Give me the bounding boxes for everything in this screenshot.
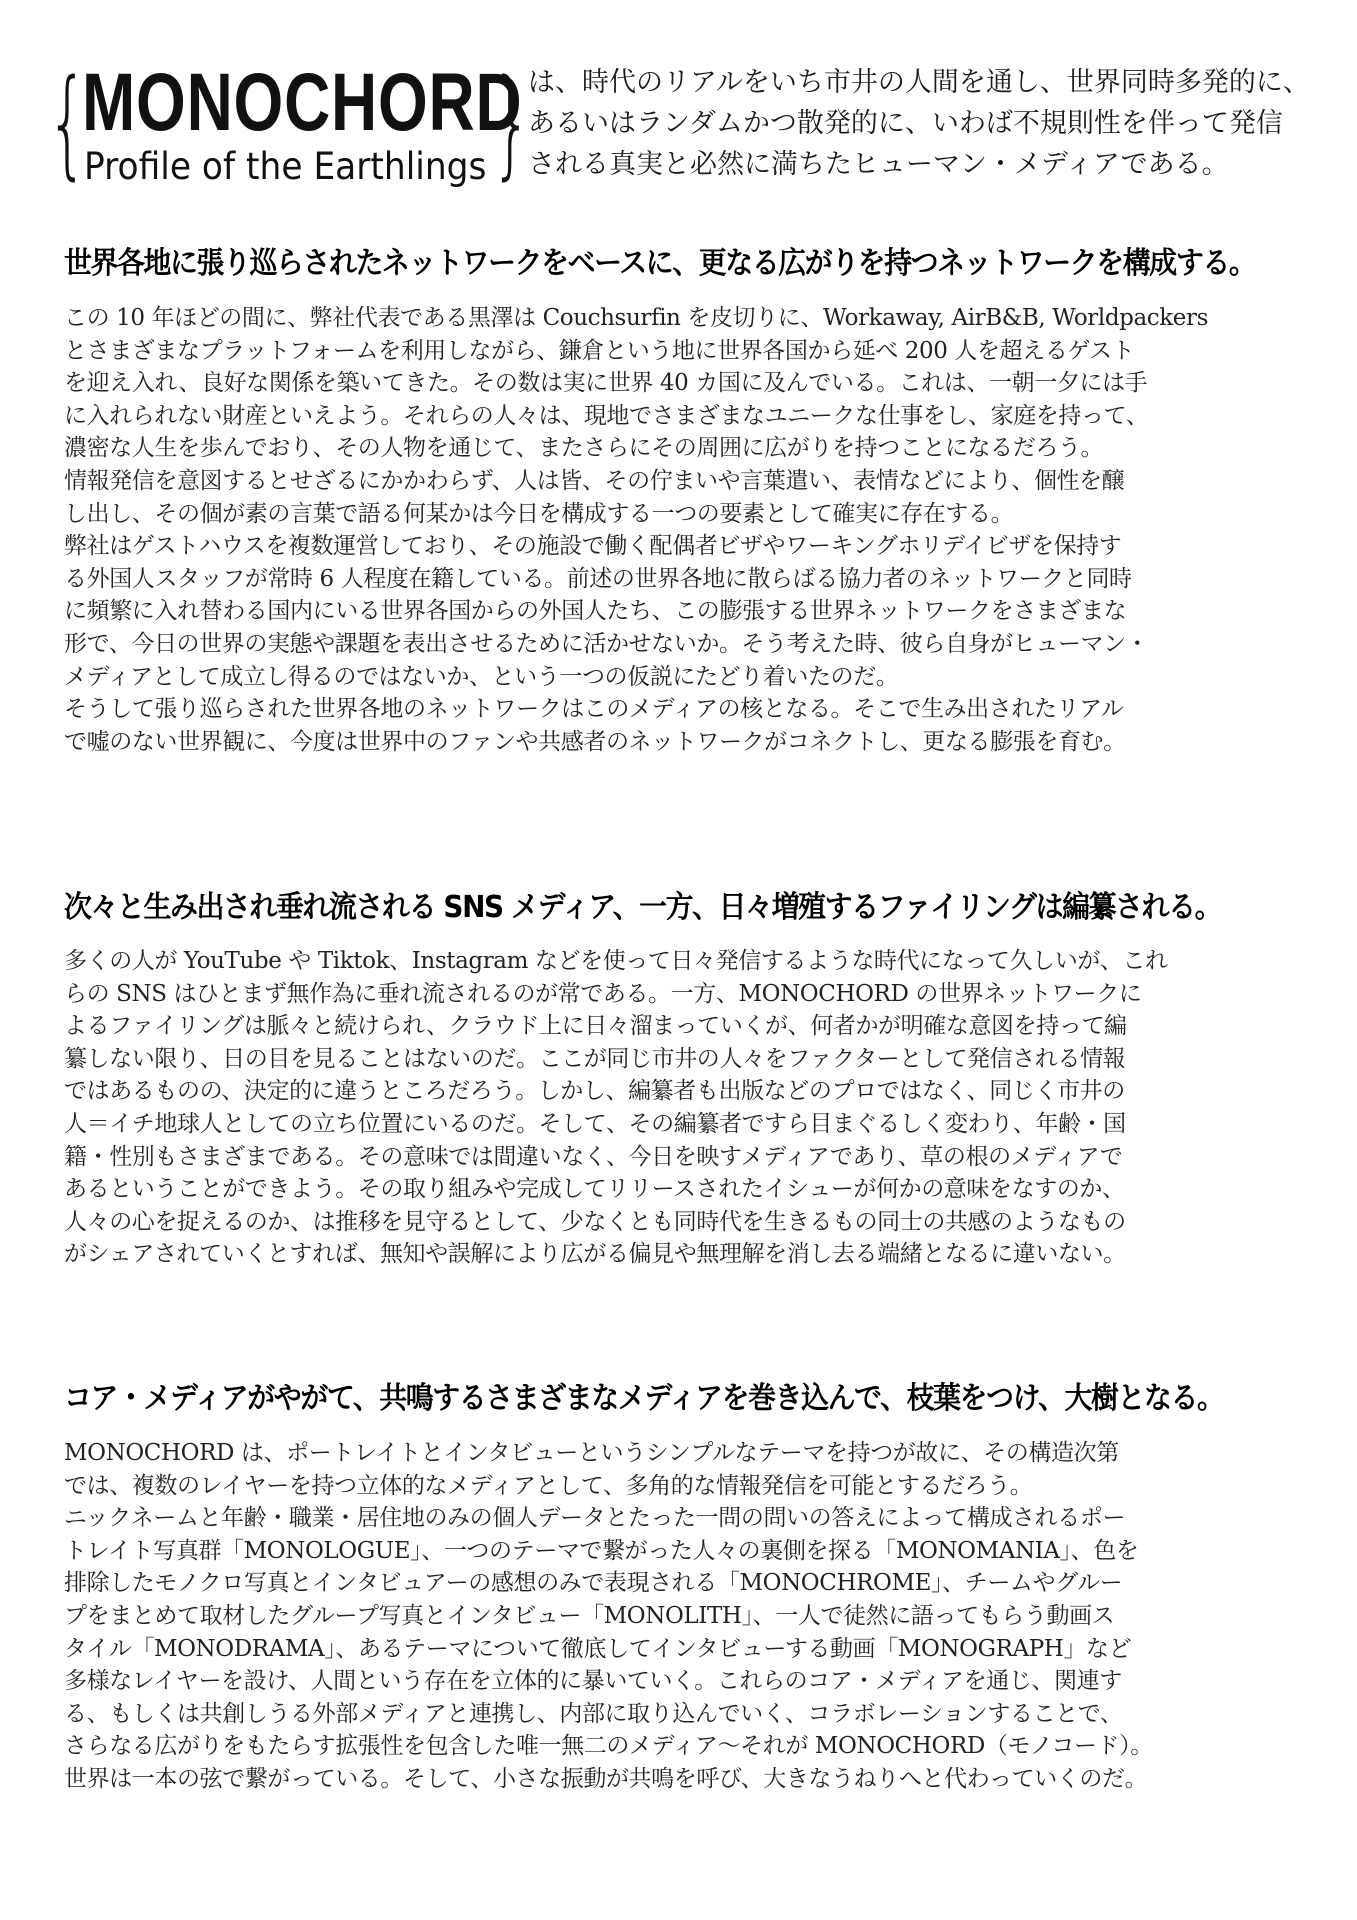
body-line: 多様なレイヤーを設け、人間という存在を立体的に暴いていく。これらのコア・メディア…	[64, 1665, 1304, 1698]
body-line: MONOCHORD は、ポートレイトとインタビューというシンプルなテーマを持つが…	[64, 1437, 1304, 1470]
body-line: に頻繁に入れ替わる国内にいる世界各国からの外国人たち、この膨張する世界ネットワー…	[64, 595, 1304, 628]
body-line: 人々の心を捉えるのか、は推移を見守るとして、少なくとも同時代を生きるもの同士の共…	[64, 1206, 1304, 1239]
section-heading-network: 世界各地に張り巡らされたネットワークをベースに、更なる広がりを持つネットワークを…	[64, 244, 1255, 284]
body-line: 多くの人が YouTube や Tiktok、Instagram などを使って日…	[64, 945, 1304, 978]
body-line: 濃密な人生を歩んでおり、その人物を通じて、またさらにその周囲に広がりを持つことに…	[64, 432, 1304, 465]
body-line: を迎え入れ、良好な関係を築いてきた。その数は実に世界 40 カ国に及んでいる。こ…	[64, 367, 1304, 400]
body-line: ニックネームと年齢・職業・居住地のみの個人データとたった一問の問いの答えによって…	[64, 1502, 1304, 1535]
right-brace-icon: }	[491, 62, 532, 182]
body-line: し出し、その個が素の言葉で語る何某かは今日を構成する一つの要素として確実に存在す…	[64, 498, 1304, 531]
body-line: 情報発信を意図するとせざるにかかわらず、人は皆、その佇まいや言葉遣い、表情などに…	[64, 465, 1304, 498]
tagline-line: される真実と必然に満ちたヒューマン・メディアである。	[528, 144, 1318, 185]
body-line: で嘘のない世界観に、今度は世界中のファンや共感者のネットワークがコネクトし、更な…	[64, 726, 1304, 759]
section-heading-core-media: コア・メディアがやがて、共鳴するさまざまなメディアを巻き込んで、枝葉をつけ、大樹…	[64, 1379, 1224, 1419]
monochord-logo: { MONOCHORD Profile of the Earthlings }	[44, 58, 514, 188]
body-line: とさまざまなプラットフォームを利用しながら、鎌倉という地に世界各国から延べ 20…	[64, 335, 1304, 368]
tagline-line: あるいはランダムかつ散発的に、いわば不規則性を伴って発信	[528, 103, 1318, 144]
body-line: 世界は一本の弦で繋がっている。そして、小さな振動が共鳴を呼び、大きなうねりへと代…	[64, 1763, 1304, 1796]
body-line: タイル「MONODRAMA」、あるテーマについて徹底してインタビューする動画「M…	[64, 1633, 1304, 1666]
body-line: に入れられない財産といえよう。それらの人々は、現地でさまざまなユニークな仕事をし…	[64, 400, 1304, 433]
section-heading-sns: 次々と生み出され垂れ流される SNS メディア、一方、日々増殖するファイリングは…	[64, 888, 1221, 928]
body-line: そうして張り巡らされた世界各地のネットワークはこのメディアの核となる。そこで生み…	[64, 693, 1304, 726]
body-line: トレイト写真群「MONOLOGUE」、一つのテーマで繋がった人々の裏側を探る「M…	[64, 1535, 1304, 1568]
section-body-sns: 多くの人が YouTube や Tiktok、Instagram などを使って日…	[64, 945, 1304, 1271]
tagline: は、時代のリアルをいち市井の人間を通し、世界同時多発的に、 あるいはランダムかつ…	[528, 62, 1318, 185]
body-line: 排除したモノクロ写真とインタビュアーの感想のみで表現される「MONOCHROME…	[64, 1567, 1304, 1600]
body-line: る外国人スタッフが常時 6 人程度在籍している。前述の世界各地に散らばる協力者の…	[64, 563, 1304, 596]
body-line: この 10 年ほどの間に、弊社代表である黒澤は Couchsurfin を皮切り…	[64, 302, 1304, 335]
body-line: メディアとして成立し得るのではないか、という一つの仮説にたどり着いたのだ。	[64, 661, 1304, 694]
body-line: がシェアされていくとすれば、無知や誤解により広がる偏見や無理解を消し去る端緒とな…	[64, 1238, 1304, 1271]
body-line: る、もしくは共創しうる外部メディアと連携し、内部に取り込んでいく、コラボレーショ…	[64, 1698, 1304, 1731]
body-line: あるということができよう。その取り組みや完成してリリースされたイシューが何かの意…	[64, 1173, 1304, 1206]
body-line: ではあるものの、決定的に違うところだろう。しかし、編纂者も出版などのプロではなく…	[64, 1075, 1304, 1108]
section-body-network: この 10 年ほどの間に、弊社代表である黒澤は Couchsurfin を皮切り…	[64, 302, 1304, 758]
body-line: 籍・性別もさまざまである。その意味では間違いなく、今日を映すメディアであり、草の…	[64, 1141, 1304, 1174]
body-line: さらなる広がりをもたらす拡張性を包含した唯一無二のメディア〜それが MONOCH…	[64, 1730, 1304, 1763]
body-line: 形で、今日の世界の実態や課題を表出させるために活かせないか。そう考えた時、彼ら自…	[64, 628, 1304, 661]
body-line: 纂しない限り、日の目を見ることはないのだ。ここが同じ市井の人々をファクターとして…	[64, 1043, 1304, 1076]
body-line: 人＝イチ地球人としての立ち位置にいるのだ。そして、その編纂者ですら目まぐるしく変…	[64, 1108, 1304, 1141]
logo-title: MONOCHORD	[82, 58, 523, 148]
body-line: では、複数のレイヤーを持つ立体的なメディアとして、多角的な情報発信を可能とするだ…	[64, 1470, 1304, 1503]
body-line: プをまとめて取材したグループ写真とインタビュー「MONOLITH」、一人で徒然に…	[64, 1600, 1304, 1633]
body-line: よるファイリングは脈々と続けられ、クラウド上に日々溜まっていくが、何者かが明確な…	[64, 1010, 1304, 1043]
section-body-core-media: MONOCHORD は、ポートレイトとインタビューというシンプルなテーマを持つが…	[64, 1437, 1304, 1796]
body-line: 弊社はゲストハウスを複数運営しており、その施設で働く配偶者ビザやワーキングホリデ…	[64, 530, 1304, 563]
body-line: らの SNS はひとまず無作為に垂れ流されるのが常である。一方、MONOCHOR…	[64, 978, 1304, 1011]
tagline-line: は、時代のリアルをいち市井の人間を通し、世界同時多発的に、	[528, 62, 1318, 103]
logo-subtitle: Profile of the Earthlings	[84, 146, 486, 188]
